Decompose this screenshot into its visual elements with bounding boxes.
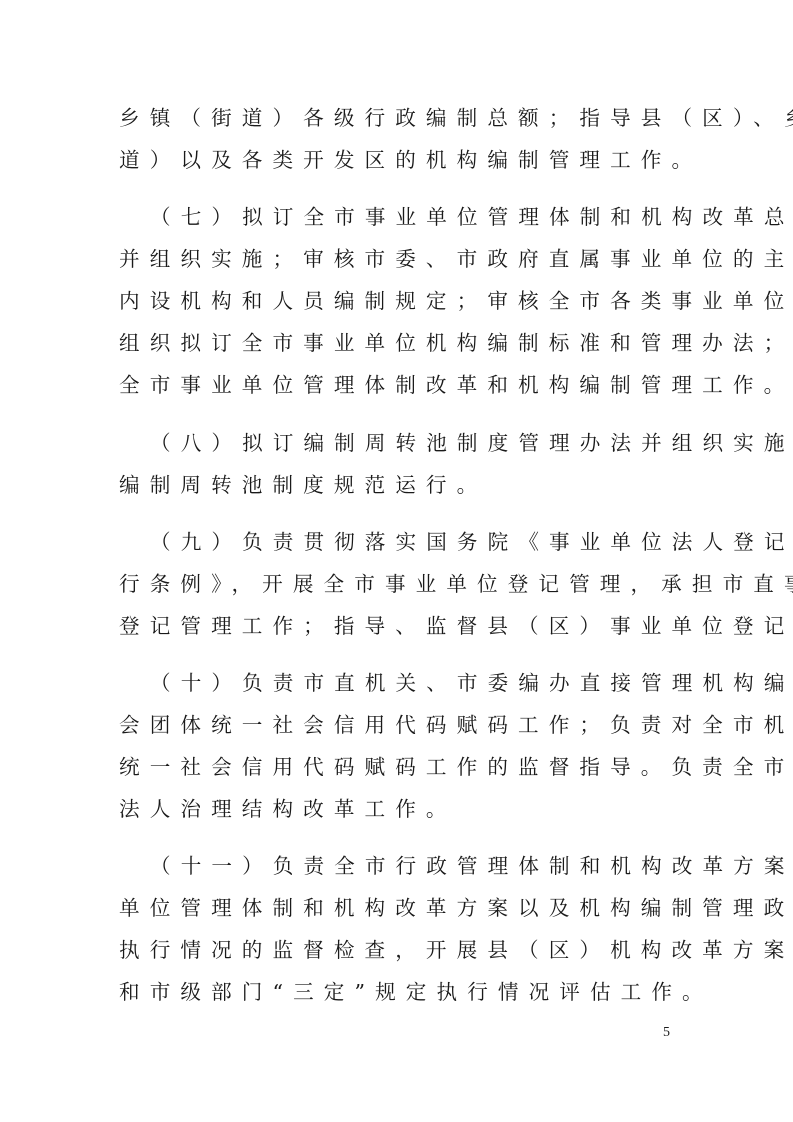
item-8-line: （八）拟订编制周转池制度管理办法并组织实施，推进 <box>150 428 710 458</box>
item-10-line: 统一社会信用代码赋码工作的监督指导。负责全市事业单位 <box>119 752 679 782</box>
item-11-line: 和市级部门“三定”规定执行情况评估工作。 <box>119 977 679 1007</box>
item-8-line: 编制周转池制度规范运行。 <box>119 470 679 500</box>
item-7-line: 全市事业单位管理体制改革和机构编制管理工作。 <box>119 370 679 400</box>
document-page: 乡镇（街道）各级行政编制总额；指导县（区）、乡镇（街 道）以及各类开发区的机构编… <box>0 0 793 1122</box>
item-10-line: （十）负责市直机关、市委编办直接管理机构编制的社 <box>150 668 710 698</box>
item-7-line: （七）拟订全市事业单位管理体制和机构改革总体方案 <box>150 202 710 232</box>
item-11-line: 执行情况的监督检查，开展县（区）机构改革方案落实情况 <box>119 935 679 965</box>
item-11-line: 单位管理体制和机构改革方案以及机构编制管理政策法规 <box>119 893 679 923</box>
paragraph-line: 道）以及各类开发区的机构编制管理工作。 <box>119 145 679 175</box>
item-9-line: 登记管理工作；指导、监督县（区）事业单位登记管理工作。 <box>119 611 679 641</box>
item-10-line: 法人治理结构改革工作。 <box>119 794 679 824</box>
page-number: 5 <box>663 1025 670 1041</box>
item-7-line: 内设机构和人员编制规定；审核全市各类事业单位的设置； <box>119 286 679 316</box>
item-9-line: （九）负责贯彻落实国务院《事业单位法人登记管理暂 <box>150 527 710 557</box>
item-9-line: 行条例》，开展全市事业单位登记管理，承担市直事业单位 <box>119 569 679 599</box>
item-10-line: 会团体统一社会信用代码赋码工作；负责对全市机关、群团 <box>119 710 679 740</box>
item-7-line: 组织拟订全市事业单位机构编制标准和管理办法；指导协调 <box>119 328 679 358</box>
item-11-line: （十一）负责全市行政管理体制和机构改革方案、事业 <box>150 851 710 881</box>
paragraph-line: 乡镇（街道）各级行政编制总额；指导县（区）、乡镇（街 <box>119 103 679 133</box>
item-7-line: 并组织实施；审核市委、市政府直属事业单位的主要职责、 <box>119 244 679 274</box>
